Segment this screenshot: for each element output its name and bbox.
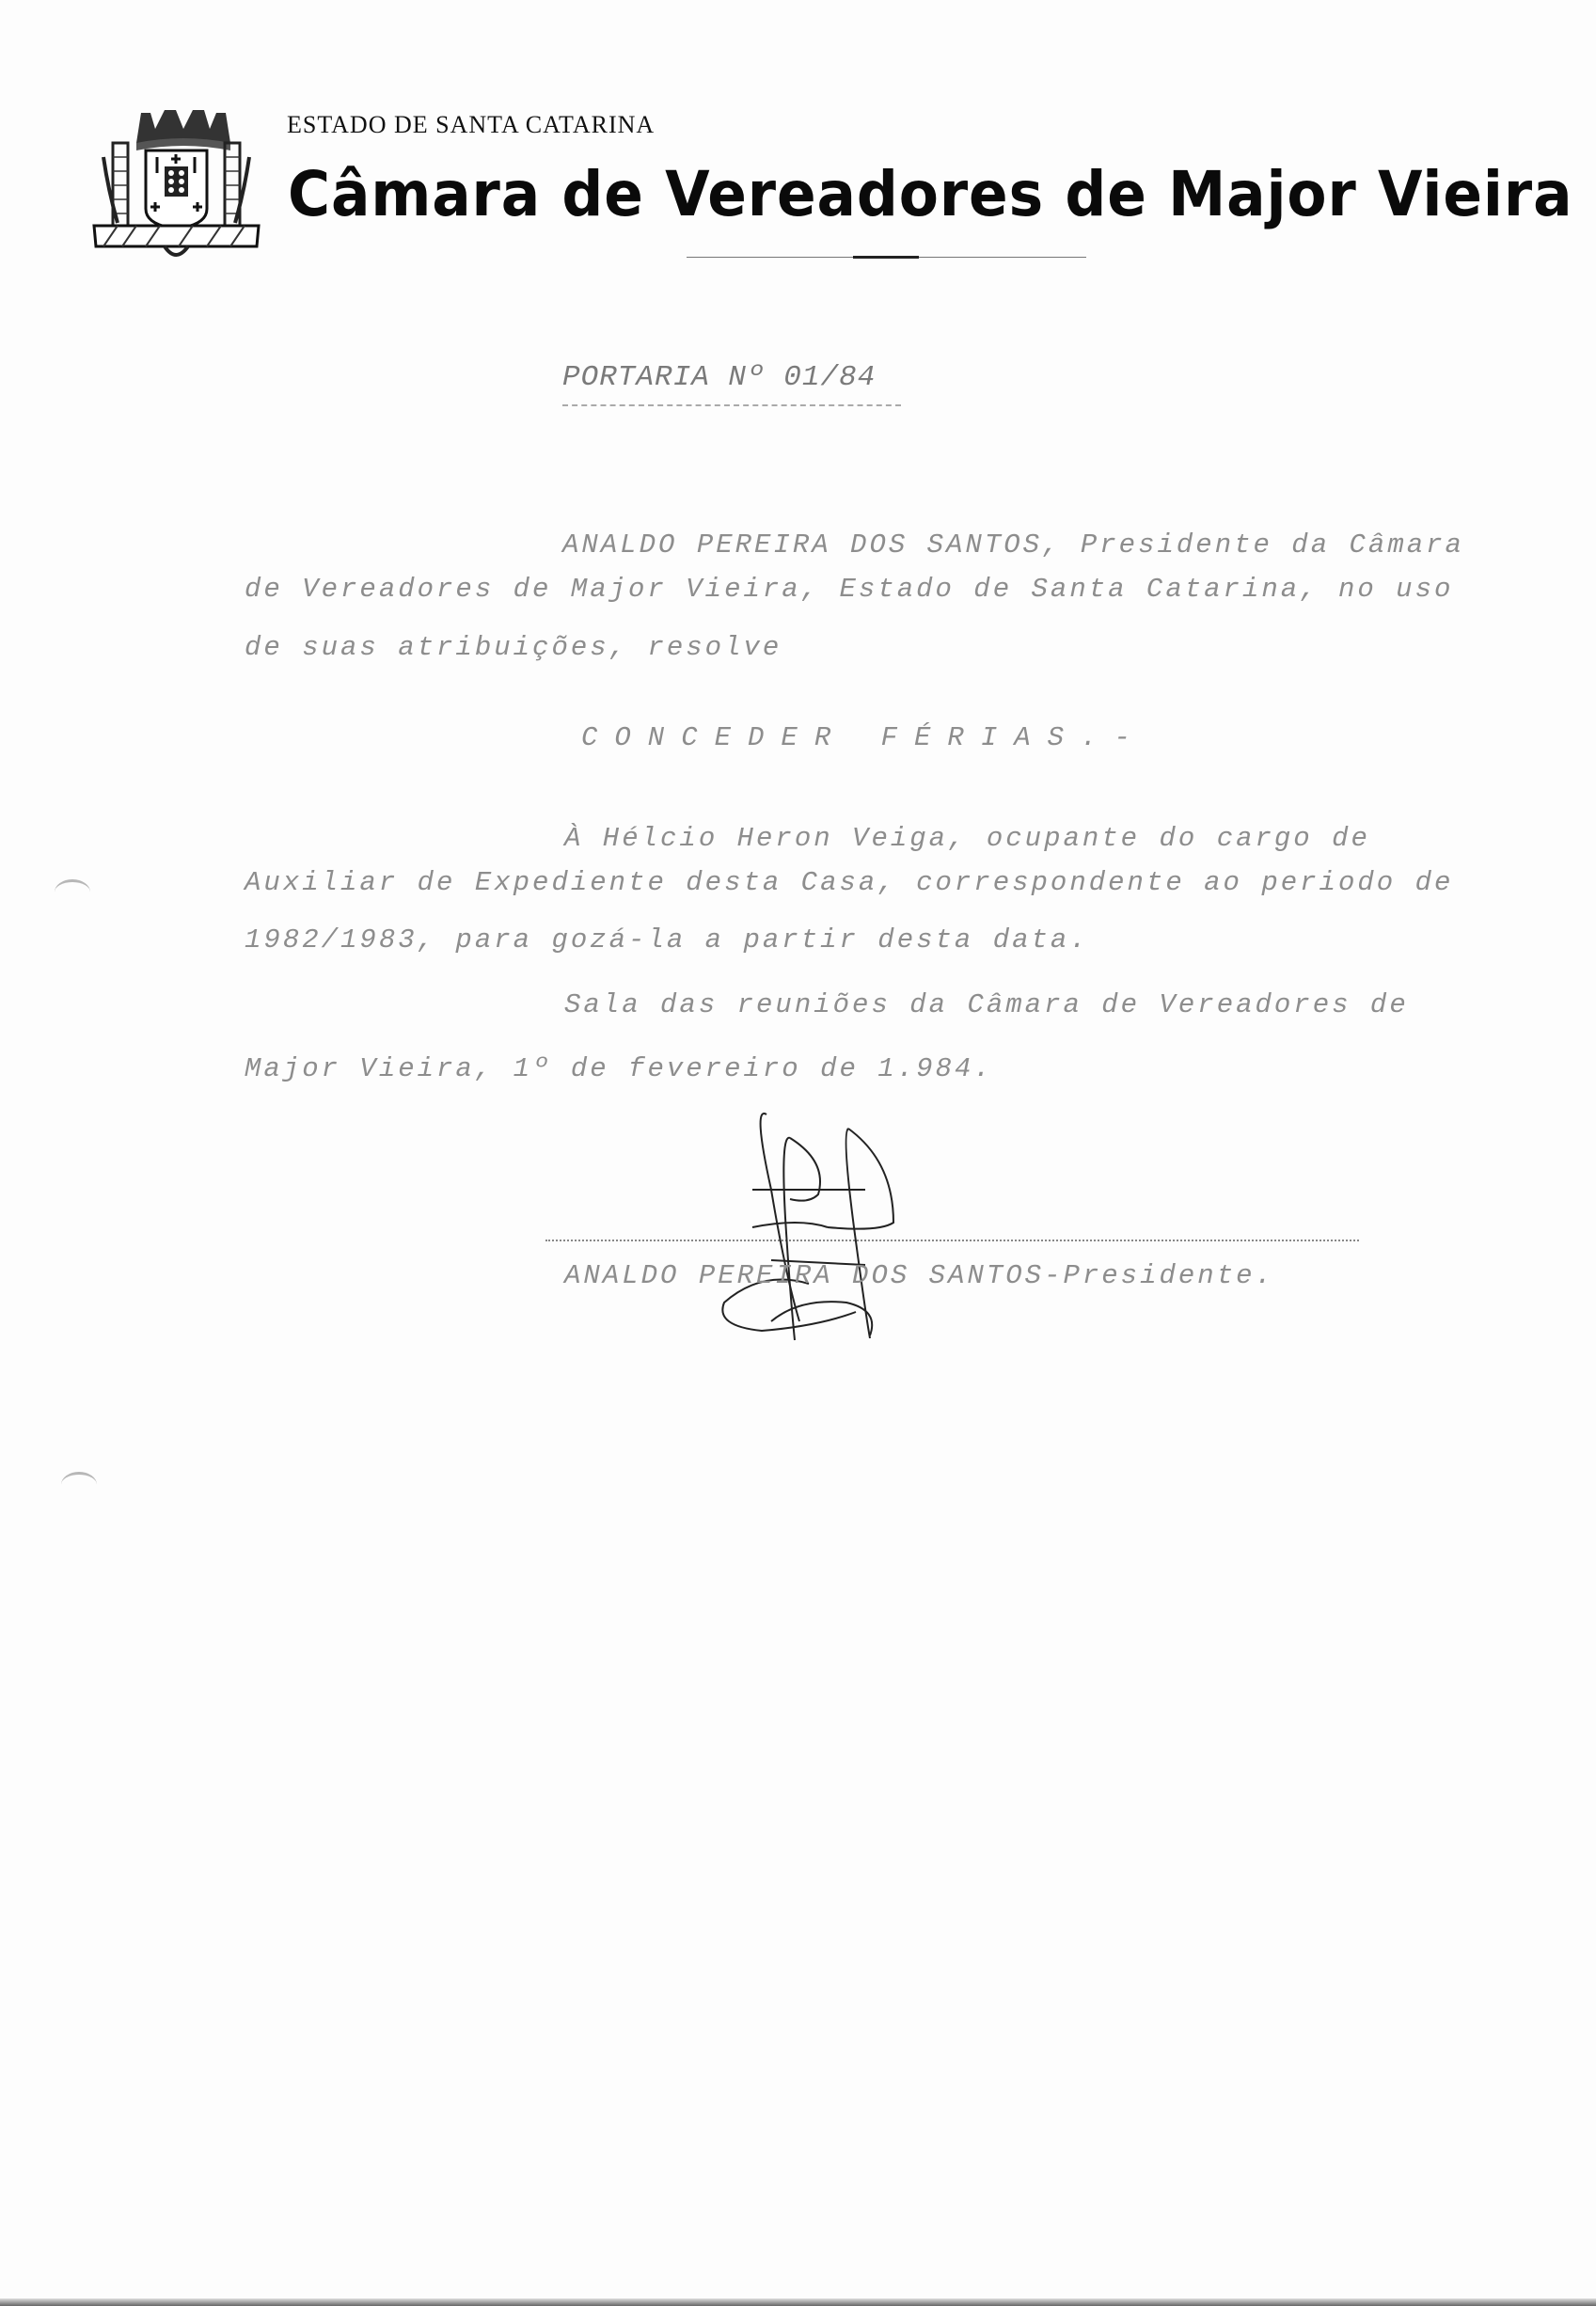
body-line-2: Auxiliar de Expediente desta Casa, corre… — [245, 867, 1453, 898]
action-heading: CONCEDER FÉRIAS.- — [581, 722, 1147, 753]
signatory-name: ANALDO PEREIRA DOS SANTOS-Presidente. — [564, 1260, 1274, 1291]
preamble-line-1: ANALDO PEREIRA DOS SANTOS, Presidente da… — [562, 529, 1464, 561]
header-divider-accent — [853, 256, 919, 259]
coat-of-arms-icon — [89, 105, 263, 265]
council-name-heading: Câmara de Vereadores de Major Vieira — [288, 158, 1572, 230]
closing-date: Major Vieira, 1º de fevereiro de 1.984. — [245, 1053, 993, 1084]
punch-hole-mark — [61, 1472, 97, 1497]
title-underline — [562, 404, 901, 406]
document-page: ESTADO DE SANTA CATARINA Câmara de Verea… — [0, 0, 1596, 2306]
scan-edge — [0, 2298, 1596, 2306]
state-heading: ESTADO DE SANTA CATARINA — [287, 111, 655, 139]
body-line-3: 1982/1983, para gozá-la a partir desta d… — [245, 924, 1089, 956]
closing-line-1: Sala das reuniões da Câmara de Vereadore… — [564, 989, 1409, 1020]
punch-hole-mark — [55, 879, 90, 905]
preamble-line-2: de Vereadores de Major Vieira, Estado de… — [245, 574, 1453, 605]
handwritten-signature-icon — [715, 1105, 997, 1350]
body-line-1: À Hélcio Heron Veiga, ocupante do cargo … — [564, 823, 1370, 854]
document-title: PORTARIA Nº 01/84 — [562, 361, 876, 394]
preamble-line-3: de suas atribuições, resolve — [245, 632, 782, 663]
